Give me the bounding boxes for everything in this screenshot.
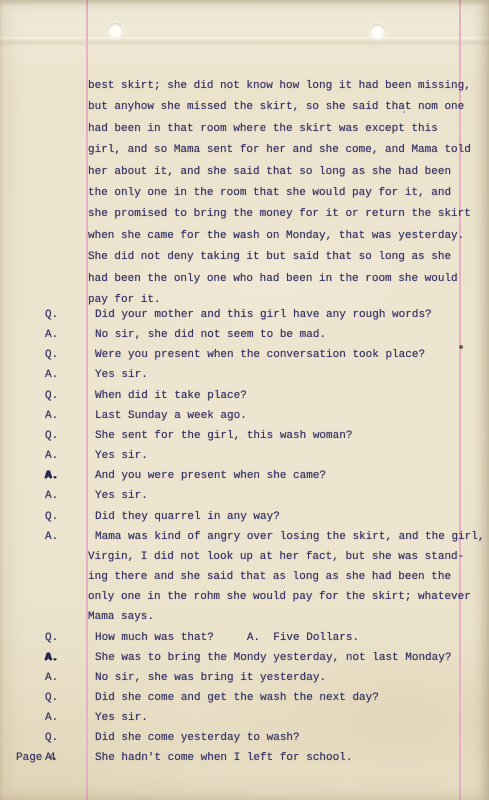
qa-line: A.Mama was kind of angry over losing the…	[45, 527, 485, 547]
speaker-label: A.	[45, 325, 95, 345]
qa-line: A.No sir, she was bring it yesterday.	[45, 668, 485, 688]
punch-hole-left	[108, 23, 123, 38]
speaker-label: A.	[45, 406, 95, 426]
qa-line: A.No sir, she did not seem to be mad.	[45, 325, 485, 345]
paragraph-line: girl, and so Mama sent for her and she c…	[88, 140, 484, 161]
qa-line: Q.Were you present when the conversation…	[45, 345, 485, 365]
qa-line: only one in the rohm she would pay for t…	[45, 587, 485, 607]
qa-text: No sir, she did not seem to be mad.	[95, 329, 326, 341]
qa-line: Q.How much was that? A. Five Dollars.	[45, 628, 485, 648]
paragraph-line: best skirt; she did not know how long it…	[88, 76, 484, 97]
qa-line: A.Yes sir.	[45, 486, 485, 506]
speaker-label: A.	[45, 446, 95, 466]
qa-text: Virgin, I did not look up at her fact, b…	[88, 551, 464, 563]
paragraph-line: had been the only one who had been in th…	[88, 269, 484, 290]
paragraph-line: but anyhow she missed the skirt, so she …	[88, 97, 484, 118]
qa-text: Did she come and get the wash the next d…	[95, 692, 379, 704]
speaker-label: Q.	[45, 345, 95, 365]
qa-text: She was to bring the Mondy yesterday, no…	[95, 652, 451, 664]
qa-text: ing there and she said that as long as s…	[88, 571, 451, 583]
qa-text: Yes sir.	[95, 712, 148, 724]
qa-line: A.And you were present when she came?	[45, 466, 485, 486]
qa-line: A.She hadn't come when I left for school…	[45, 748, 485, 768]
fold-crease	[0, 37, 489, 47]
paper-page: best skirt; she did not know how long it…	[0, 0, 489, 800]
qa-text: Mama was kind of angry over losing the s…	[95, 531, 484, 543]
speaker-label: A.	[45, 648, 95, 668]
qa-line: Virgin, I did not look up at her fact, b…	[45, 547, 485, 567]
ink-speck	[459, 345, 463, 349]
qa-line: Mama says.	[45, 607, 485, 627]
qa-text: Did your mother and this girl have any r…	[95, 309, 432, 321]
speaker-label: Q.	[45, 386, 95, 406]
ink-speck	[403, 111, 405, 113]
qa-line: A.Yes sir.	[45, 446, 485, 466]
qa-line: A.Yes sir.	[45, 708, 485, 728]
qa-text: Yes sir.	[95, 450, 148, 462]
qa-text: Were you present when the conversation t…	[95, 349, 425, 361]
speaker-label: Q.	[45, 728, 95, 748]
qa-text: When did it take place?	[95, 390, 247, 402]
qa-text: only one in the rohm she would pay for t…	[88, 591, 471, 603]
qa-text: Did she come yesterday to wash?	[95, 732, 300, 744]
qa-text: Did they quarrel in any way?	[95, 511, 280, 523]
speaker-label: Q.	[45, 507, 95, 527]
speaker-label: A.	[45, 486, 95, 506]
qa-line: Q.Did your mother and this girl have any…	[45, 305, 485, 325]
qa-line: A.Yes sir.	[45, 365, 485, 385]
qa-line: A.She was to bring the Mondy yesterday, …	[45, 648, 485, 668]
paragraph-line: her about it, and she said that so long …	[88, 162, 484, 183]
qa-text: She hadn't come when I left for school.	[95, 752, 352, 764]
qa-text: How much was that? A. Five Dollars.	[95, 632, 359, 644]
paragraph-line: when she came for the wash on Monday, th…	[88, 226, 484, 247]
qa-text: She sent for the girl, this wash woman?	[95, 430, 352, 442]
page-number: Page 4	[16, 752, 56, 765]
qa-list: Q.Did your mother and this girl have any…	[45, 305, 485, 769]
paragraph-line: She did not deny taking it but said that…	[88, 247, 484, 268]
qa-text: Last Sunday a week ago.	[95, 410, 247, 422]
qa-line: A.Last Sunday a week ago.	[45, 406, 485, 426]
qa-line: ing there and she said that as long as s…	[45, 567, 485, 587]
qa-text: And you were present when she came?	[95, 470, 326, 482]
speaker-label: A.	[45, 466, 95, 486]
qa-text: Yes sir.	[95, 369, 148, 381]
speaker-label: A.	[45, 527, 95, 547]
qa-line: Q.She sent for the girl, this wash woman…	[45, 426, 485, 446]
paragraph-line: the only one in the room that she would …	[88, 183, 484, 204]
speaker-label: A.	[45, 365, 95, 385]
paragraph-line: had been in that room where the skirt wa…	[88, 119, 484, 140]
qa-text: Mama says.	[88, 611, 154, 623]
speaker-label: Q.	[45, 628, 95, 648]
qa-line: Q.When did it take place?	[45, 386, 485, 406]
speaker-label: A.	[45, 668, 95, 688]
speaker-label: Q.	[45, 426, 95, 446]
speaker-label: Q.	[45, 305, 95, 325]
qa-text: No sir, she was bring it yesterday.	[95, 672, 326, 684]
speaker-label: A.	[45, 708, 95, 728]
qa-line: Q.Did they quarrel in any way?	[45, 507, 485, 527]
opening-paragraph: best skirt; she did not know how long it…	[88, 76, 484, 311]
qa-line: Q.Did she come and get the wash the next…	[45, 688, 485, 708]
paragraph-line: she promised to bring the money for it o…	[88, 204, 484, 225]
speaker-label: Q.	[45, 688, 95, 708]
qa-line: Q.Did she come yesterday to wash?	[45, 728, 485, 748]
qa-text: Yes sir.	[95, 490, 148, 502]
punch-hole-right	[370, 24, 385, 39]
